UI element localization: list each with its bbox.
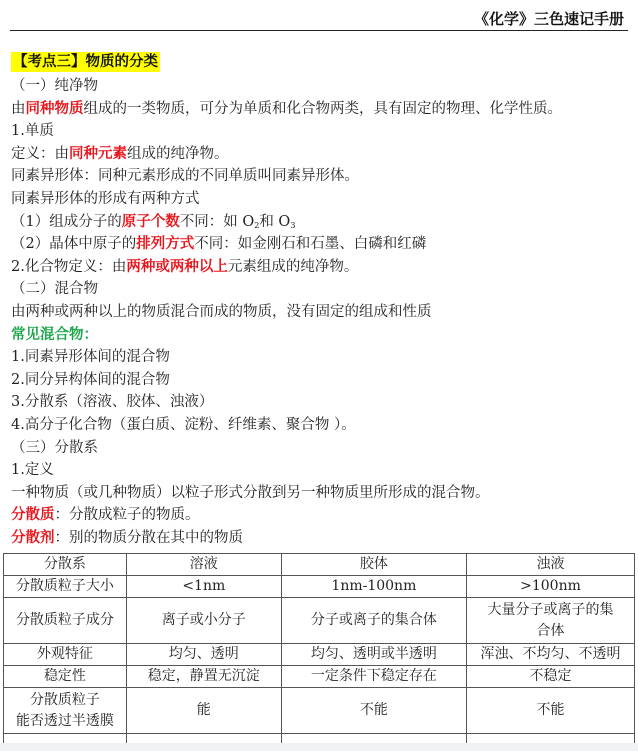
definition-line: 分散剂：别的物质分散在其中的物质: [11, 527, 630, 550]
green-heading: 常见混合物：: [11, 324, 630, 347]
section-title: 【考点三】物质的分类: [11, 52, 160, 72]
paragraph: 定义：由同种元素组成的纯净物。: [11, 143, 630, 166]
dispersion-table: 分散系 溶液 胶体 浊液 分散质粒子大小 <1nm 1nm-100nm >100…: [3, 553, 635, 748]
paragraph: 2.化合物定义：由两种或两种以上元素组成的纯净物。: [11, 256, 630, 279]
subheading-element: 1.单质: [11, 120, 630, 143]
subheading-mixture: （二）混合物: [11, 278, 630, 301]
paragraph: 同素异形体的形成有两种方式: [11, 188, 630, 211]
paragraph: 由同种物质组成的一类物质，可分为单质和化合物两类，具有固定的物理、化学性质。: [11, 98, 630, 121]
key-term: 分散剂: [11, 530, 55, 546]
subheading-definition: 1.定义: [11, 459, 630, 482]
key-term: 同种物质: [26, 101, 84, 117]
key-term: 原子个数: [122, 214, 180, 230]
subheading-dispersion: （三）分散系: [11, 437, 630, 460]
table-row: 外观特征 均匀、透明 均匀、透明或半透明 浑浊、不均匀、不透明: [4, 644, 635, 666]
list-item: 2.同分异构体间的混合物: [11, 369, 630, 392]
list-item: （1）组成分子的原子个数不同：如 O2和 O3: [11, 211, 630, 234]
key-term: 排列方式: [136, 236, 194, 252]
table-row: 分散质粒子能否透过半透膜 能 不能 不能: [4, 688, 635, 734]
definition-line: 分散质：分散成粒子的物质。: [11, 504, 630, 527]
document-body: 【考点三】物质的分类 （一）纯净物 由同种物质组成的一类物质，可分为单质和化合物…: [11, 49, 630, 549]
list-item: 3.分散系（溶液、胶体、浊液）: [11, 391, 630, 414]
paragraph: 同素异形体：同种元素形成的不同单质叫同素异形体。: [11, 165, 630, 188]
book-title: 《化学》三色速记手册: [474, 8, 624, 29]
list-item: 4.高分子化合物（蛋白质、淀粉、纤维素、聚合物 ）。: [11, 414, 630, 437]
page-header: 《化学》三色速记手册: [10, 0, 628, 31]
viewer-bottom-bar: [0, 743, 638, 751]
key-term: 同种元素: [69, 146, 127, 162]
table-row: 稳定性 稳定，静置无沉淀 一定条件下稳定存在 不稳定: [4, 666, 635, 688]
paragraph: 一种物质（或几种物质）以粒子形式分散到另一种物质里所形成的混合物。: [11, 482, 630, 505]
table-row: 分散质粒子成分 离子或小分子 分子或离子的集合体 大量分子或离子的集合体: [4, 598, 635, 644]
key-term: 两种或两种以上: [126, 259, 228, 275]
table-row: 分散质粒子大小 <1nm 1nm-100nm >100nm: [4, 576, 635, 598]
key-term: 分散质: [11, 507, 55, 523]
list-item: 1.同素异形体间的混合物: [11, 346, 630, 369]
subheading-pure-substance: （一）纯净物: [11, 75, 630, 98]
list-item: （2）晶体中原子的排列方式不同：如金刚石和石墨、白磷和红磷: [11, 233, 630, 256]
table-header-row: 分散系 溶液 胶体 浊液: [4, 554, 635, 576]
paragraph: 由两种或两种以上的物质混合而成的物质，没有固定的组成和性质: [11, 301, 630, 324]
